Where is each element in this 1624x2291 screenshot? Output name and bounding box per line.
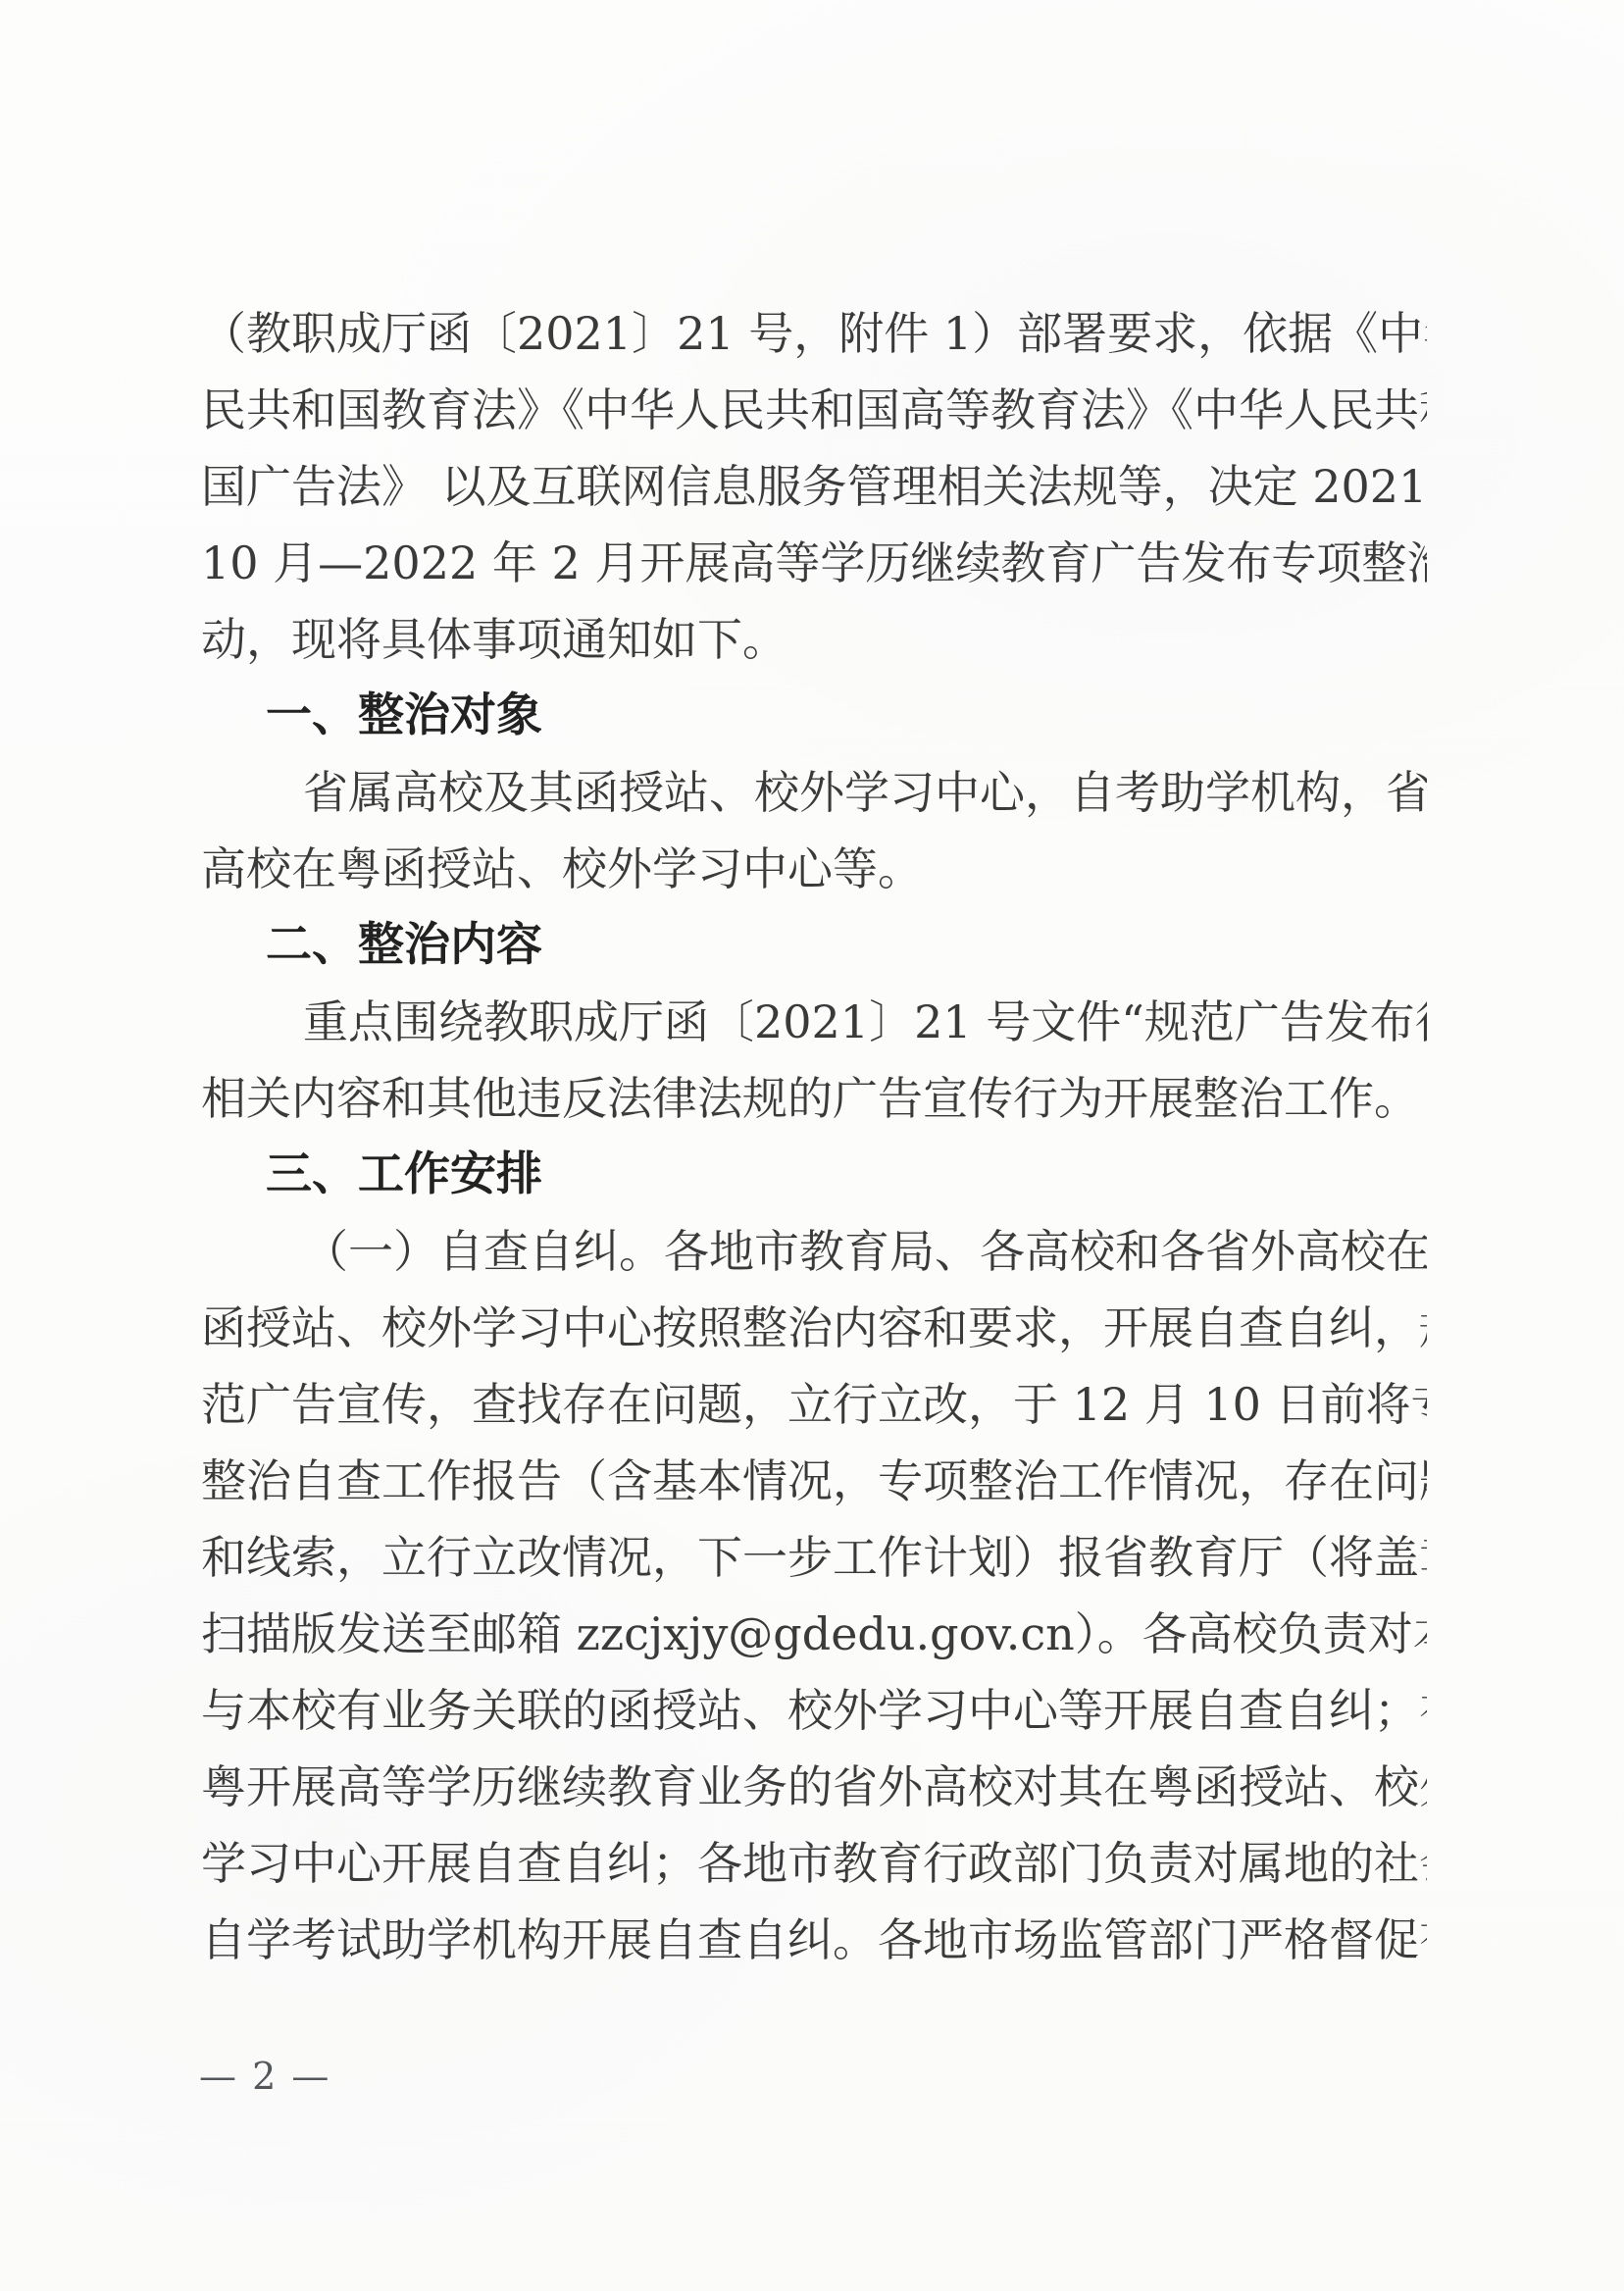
text-line: 高校在粤函授站、校外学习中心等。 — [201, 831, 1427, 907]
text-line: 相关内容和其他违反法律法规的广告宣传行为开展整治工作。 — [201, 1060, 1427, 1137]
text-line: （教职成厅函〔2021〕21 号，附件 1）部署要求，依据《中华人 — [201, 295, 1427, 372]
text-line: 和线索，立行立改情况，下一步工作计划）报省教育厅（将盖章 — [201, 1519, 1427, 1596]
text-line: 与本校有业务关联的函授站、校外学习中心等开展自查自纠；在 — [201, 1672, 1427, 1749]
section-heading: 一、整治对象 — [201, 678, 1427, 754]
text-line: 范广告宣传，查找存在问题，立行立改，于 12 月 10 日前将专项 — [201, 1366, 1427, 1443]
page-number: — 2 — — [199, 2052, 330, 2101]
section-heading: 二、整治内容 — [201, 907, 1427, 984]
text-line: 10 月—2022 年 2 月开展高等学历继续教育广告发布专项整治行 — [201, 525, 1427, 601]
text-line: 民共和国教育法》《中华人民共和国高等教育法》《中华人民共和 — [201, 372, 1427, 448]
text-line: 重点围绕教职成厅函〔2021〕21 号文件“规范广告发布行为” — [201, 984, 1427, 1060]
text-line: 国广告法》 以及互联网信息服务管理相关法规等，决定 2021 年 — [201, 448, 1427, 525]
text-line: 粤开展高等学历继续教育业务的省外高校对其在粤函授站、校外 — [201, 1749, 1427, 1825]
text-line: 扫描版发送至邮箱 zzcjxjy@gdedu.gov.cn）。各高校负责对本校和 — [201, 1596, 1427, 1672]
scanned-page: （教职成厅函〔2021〕21 号，附件 1）部署要求，依据《中华人民共和国教育法… — [0, 0, 1624, 2291]
text-line: 自学考试助学机构开展自查自纠。各地市场监管部门严格督促有 — [201, 1902, 1427, 1978]
text-line: 动，现将具体事项通知如下。 — [201, 601, 1427, 678]
text-line: 整治自查工作报告（含基本情况，专项整治工作情况，存在问题 — [201, 1443, 1427, 1519]
text-line: 学习中心开展自查自纠；各地市教育行政部门负责对属地的社会 — [201, 1825, 1427, 1902]
section-heading: 三、工作安排 — [201, 1137, 1427, 1213]
text-line: （一）自查自纠。各地市教育局、各高校和各省外高校在粤 — [201, 1213, 1427, 1290]
text-line: 函授站、校外学习中心按照整治内容和要求，开展自查自纠，规 — [201, 1290, 1427, 1366]
document-body: （教职成厅函〔2021〕21 号，附件 1）部署要求，依据《中华人民共和国教育法… — [201, 295, 1427, 1978]
text-line: 省属高校及其函授站、校外学习中心，自考助学机构，省外 — [201, 754, 1427, 831]
